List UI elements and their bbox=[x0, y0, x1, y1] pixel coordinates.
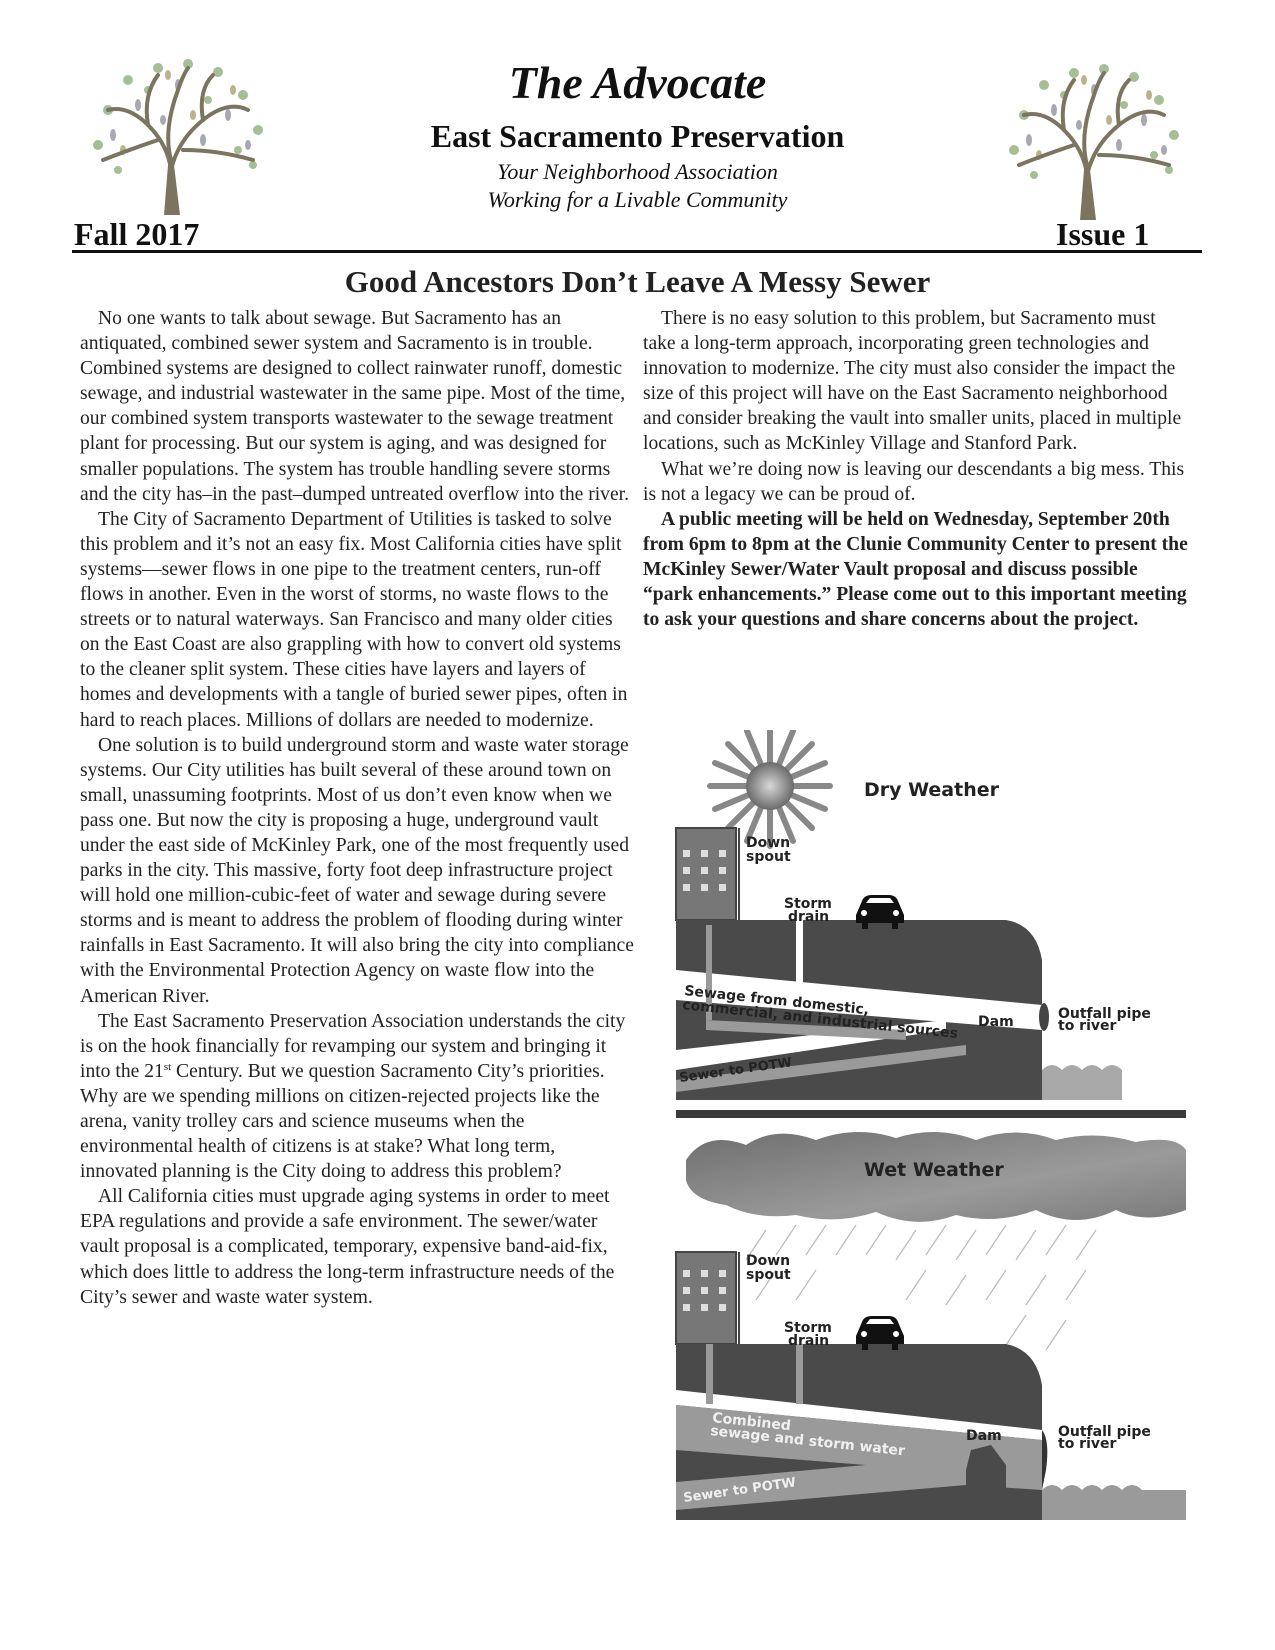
combined-sewer-illustration: Dry Weather Down spout Storm drain bbox=[666, 730, 1186, 1600]
paragraph: One solution is to build underground sto… bbox=[80, 733, 635, 1009]
newsletter-title: The Advocate bbox=[300, 60, 975, 106]
paragraph: There is no easy solution to this proble… bbox=[643, 306, 1190, 457]
tree-logo-left bbox=[68, 50, 278, 215]
tagline-line-2: Working for a Livable Community bbox=[300, 189, 975, 211]
building-icon bbox=[676, 1252, 736, 1344]
tree-icon bbox=[68, 50, 278, 215]
wet-weather-title: Wet Weather bbox=[864, 1159, 1004, 1181]
storm-drain-label: drain bbox=[788, 909, 829, 925]
sewer-diagram: Dry Weather Down spout Storm drain bbox=[666, 730, 1186, 1600]
article-left-column: No one wants to talk about sewage. But S… bbox=[80, 306, 635, 1310]
storm-drain-label: drain bbox=[788, 1333, 829, 1349]
issue-number: Issue 1 bbox=[1056, 218, 1149, 250]
dry-weather-panel: Dry Weather Down spout Storm drain bbox=[676, 730, 1151, 1100]
masthead-divider bbox=[72, 250, 1202, 253]
tree-logo-right bbox=[984, 55, 1194, 220]
downspout-label: spout bbox=[746, 849, 791, 865]
paragraph: The East Sacramento Preservation Associa… bbox=[80, 1009, 635, 1185]
tagline-line-1: Your Neighborhood Association bbox=[300, 161, 975, 183]
wet-weather-panel: Wet Weather Down spout bbox=[676, 1132, 1186, 1520]
paragraph: The City of Sacramento Department of Uti… bbox=[80, 507, 635, 733]
outfall-pipe bbox=[1039, 1003, 1049, 1031]
meeting-notice: A public meeting will be held on Wednesd… bbox=[643, 507, 1190, 632]
outfall-label: to river bbox=[1058, 1436, 1117, 1452]
article-right-column: There is no easy solution to this proble… bbox=[643, 306, 1190, 632]
downspout-label: spout bbox=[746, 1267, 791, 1283]
paragraph: What we’re doing now is leaving our desc… bbox=[643, 457, 1190, 507]
paragraph: All California cities must upgrade aging… bbox=[80, 1184, 635, 1309]
outfall-label: to river bbox=[1058, 1018, 1117, 1034]
dam-label: Dam bbox=[978, 1014, 1014, 1030]
article-headline: Good Ancestors Don’t Leave A Messy Sewer bbox=[0, 266, 1275, 297]
river bbox=[1042, 1485, 1186, 1520]
dam-label: Dam bbox=[966, 1428, 1002, 1444]
river bbox=[1042, 1065, 1122, 1100]
dry-weather-title: Dry Weather bbox=[864, 779, 1000, 801]
paragraph: No one wants to talk about sewage. But S… bbox=[80, 306, 635, 507]
panel-divider bbox=[676, 1110, 1186, 1118]
organization-name: East Sacramento Preservation bbox=[300, 120, 975, 152]
outfall-pipe bbox=[1042, 1430, 1047, 1490]
tree-icon bbox=[984, 55, 1194, 220]
issue-date: Fall 2017 bbox=[74, 218, 199, 250]
